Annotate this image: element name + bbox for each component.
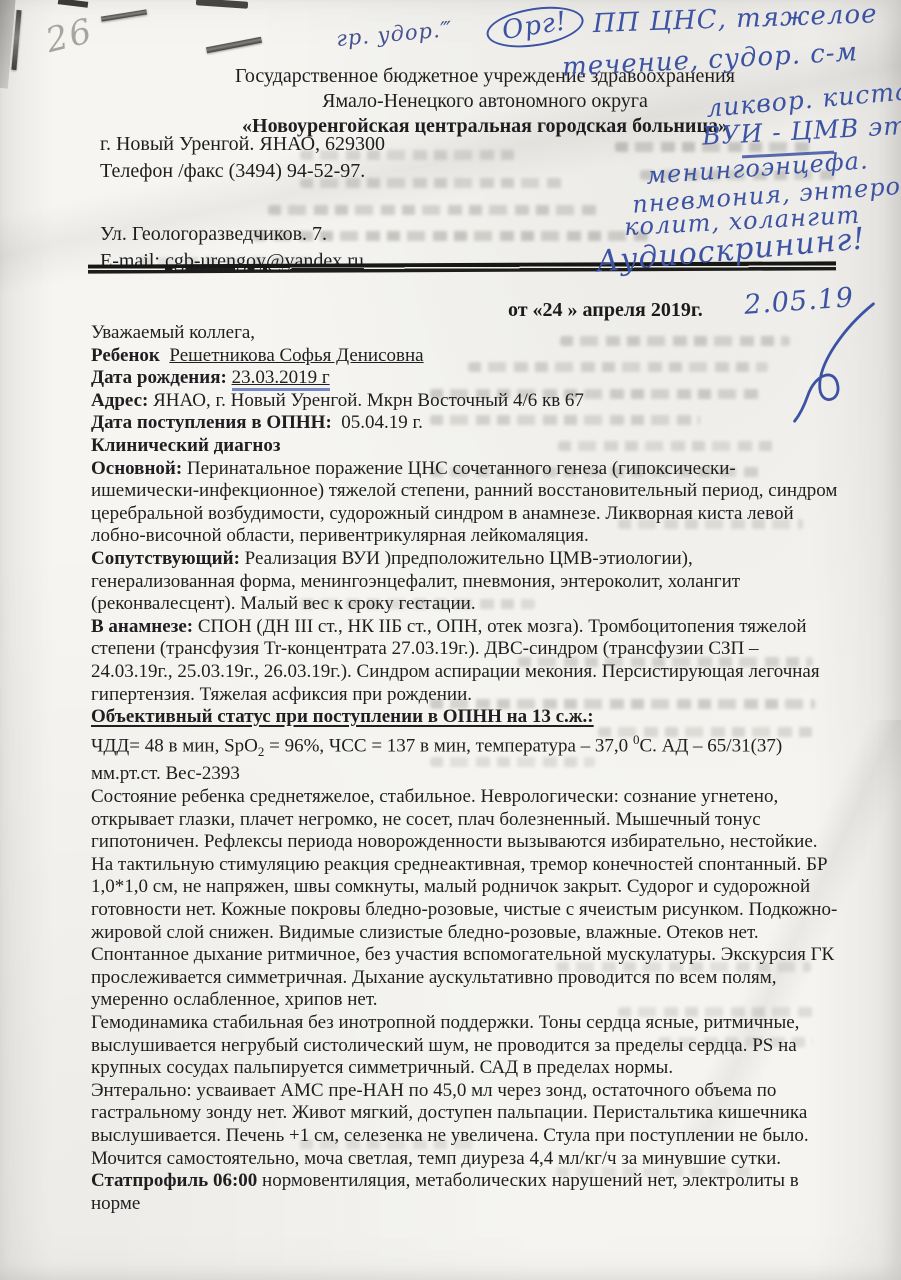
field-address-value: ЯНАО, г. Новый Уренгой. Мкрн Восточный 4… [153,390,584,411]
diagnosis-main-label: Основной: [91,458,182,479]
diagnosis-history: В анамнезе: СПОН (ДН III ст., НК IIБ ст.… [91,616,839,706]
vitals-line: ЧДД= 48 в мин, SpO2 = 96%, ЧСС = 137 в м… [91,729,839,786]
field-child-label: Ребенок [91,345,160,366]
org-phone: Телефон /факс (3494) 94-52-97. [100,158,520,185]
field-birthdate: Дата рождения: 23.03.2019 г [91,367,839,390]
status-heading: Объективный статус при поступлении в ОПН… [91,706,839,729]
org-contact-block: г. Новый Уренгой. ЯНАО, 629300 Телефон /… [100,131,520,275]
diagnosis-main: Основной: Перинатальное поражение ЦНС со… [91,458,839,548]
spacer [100,185,520,221]
diagnosis-concomitant-label: Сопутствующий: [91,548,240,569]
scanned-document-page: 26 Государственное бюджетное учреждение … [0,0,901,1280]
diagnosis-history-label: В анамнезе: [91,616,193,637]
org-address-city: г. Новый Уренгой. ЯНАО, 629300 [100,131,520,158]
status-paragraph-breathing: Спонтанное дыхание ритмичное, без участи… [91,944,839,1012]
status-paragraph-neuro: Состояние ребенка среднетяжелое, стабиль… [91,786,839,944]
bleedthrough-smudge [615,142,815,152]
letter-body: Уважаемый коллега, Ребенок Решетникова С… [91,322,839,1215]
salutation: Уважаемый коллега, [91,322,839,345]
org-address-street: Ул. Геологоразведчиков. 7. [100,221,520,248]
org-name-line2: Ямало-Ненецкого автономного округа [130,89,840,114]
diagnosis-history-text: СПОН (ДН III ст., НК IIБ ст., ОПН, отек … [91,616,820,705]
org-name-line1: Государственное бюджетное учреждение здр… [130,64,840,89]
field-birthdate-value: 23.03.2019 г [232,367,330,388]
field-birthdate-label: Дата рождения: [91,367,227,388]
field-address-label: Адрес: [91,390,148,411]
field-child: Ребенок Решетникова Софья Денисовна [91,345,839,368]
diagnosis-main-text: Перинатальное поражение ЦНС сочетанного … [91,458,837,547]
document-date: от «24 » апреля 2019г. [508,299,703,322]
bleedthrough-smudge [640,170,835,180]
statprofile-label: Статпрофиль 06:00 [91,1170,257,1191]
field-admission-label: Дата поступления в ОПНН: [91,412,332,433]
field-admission-value: 05.04.19 г. [341,412,423,433]
diagnosis-concomitant: Сопутствующий: Реализация ВУИ )предполож… [91,548,839,616]
field-child-value: Решетникова Софья Денисовна [169,345,423,366]
field-admission-date: Дата поступления в ОПНН: 05.04.19 г. [91,412,839,435]
status-paragraph-enteral: Энтерально: усваивает АМС пре-НАН по 45,… [91,1080,839,1170]
letterhead: Государственное бюджетное учреждение здр… [130,64,840,139]
diagnosis-heading: Клинический диагноз [91,435,839,458]
field-address: Адрес: ЯНАО, г. Новый Уренгой. Мкрн Вост… [91,390,839,413]
statprofile-line: Статпрофиль 06:00 нормовентиляция, метаб… [91,1170,839,1215]
status-paragraph-hemodynamics: Гемодинамика стабильная без инотропной п… [91,1012,839,1080]
